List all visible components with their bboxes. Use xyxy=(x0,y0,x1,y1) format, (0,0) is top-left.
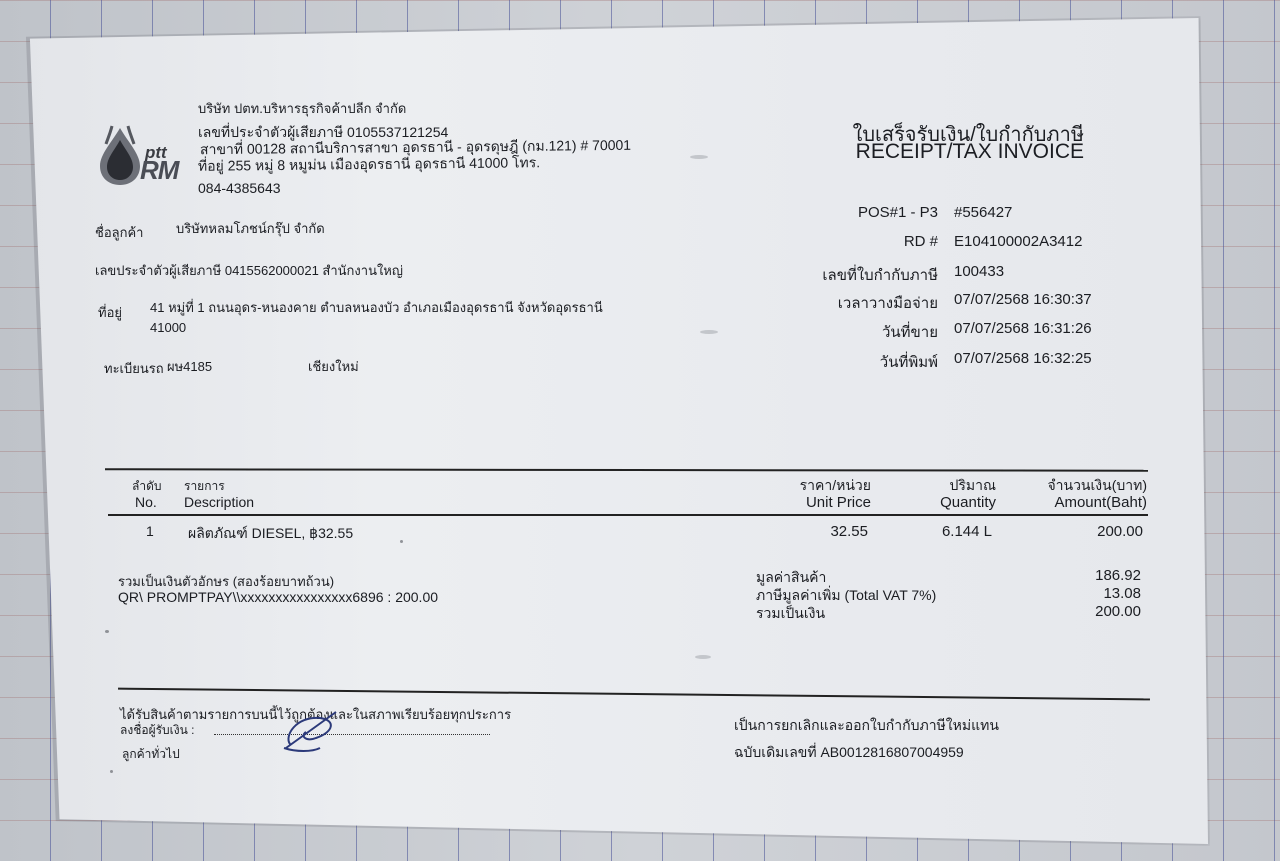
signature-scribble-icon xyxy=(276,708,342,754)
meta-value: 07/07/2568 16:30:37 xyxy=(954,291,1092,308)
original-invoice-number: ฉบับเดิมเลขที่ AB0012816807004959 xyxy=(734,742,964,764)
cell-description: ผลิตภัณฑ์ DIESEL, ฿32.55 xyxy=(188,523,353,545)
meta-label: เลขที่ใบกำกับภาษี xyxy=(758,263,938,287)
vehicle-province: เชียงใหม่ xyxy=(308,356,359,377)
speck xyxy=(690,155,708,159)
header-amount-en: Amount(Baht) xyxy=(1054,494,1147,511)
customer-type: ลูกค้าทั่วไป xyxy=(122,745,180,764)
meta-label: RD # xyxy=(758,233,938,250)
speck xyxy=(110,770,113,773)
ptt-flame-logo-icon xyxy=(98,124,142,186)
signature-label: ลงชื่อผู้รับเงิน : xyxy=(120,721,195,740)
total-value: 200.00 xyxy=(1095,603,1141,620)
table-header-rule xyxy=(108,514,1148,516)
meta-value: E104100002A3412 xyxy=(954,233,1082,250)
merchant-phone: 084-4385643 xyxy=(198,180,281,196)
cell-no: 1 xyxy=(146,523,154,539)
meta-value: 100433 xyxy=(954,263,1004,280)
header-description-en: Description xyxy=(184,494,254,510)
document-title-english: RECEIPT/TAX INVOICE xyxy=(856,140,1084,164)
cell-quantity: 6.144 L xyxy=(942,523,992,540)
total-label: รวมเป็นเงิน xyxy=(756,603,825,625)
company-name: บริษัท ปตท.บริหารธุรกิจค้าปลีก จำกัด xyxy=(198,98,406,119)
header-quantity-en: Quantity xyxy=(940,494,996,511)
speck xyxy=(400,540,403,543)
speck xyxy=(105,630,109,633)
cell-unit-price: 32.55 xyxy=(830,523,868,540)
merchant-address: ที่อยู่ 255 หมู่ 8 หมูม่น เมืองอุดรธานี … xyxy=(198,152,540,178)
speck xyxy=(700,330,718,334)
total-value: 186.92 xyxy=(1095,567,1141,584)
customer-name-label: ชื่อลูกค้า xyxy=(95,222,143,243)
customer-address-line2: 41000 xyxy=(150,320,186,335)
cell-amount: 200.00 xyxy=(1097,523,1143,540)
header-unit-price-en: Unit Price xyxy=(806,494,871,511)
speck xyxy=(695,655,711,659)
total-value: 13.08 xyxy=(1103,585,1141,602)
replacement-note: เป็นการยกเลิกและออกใบกำกับภาษีใหม่แทน xyxy=(734,715,999,737)
customer-address-line1: 41 หมู่ที่ 1 ถนนอุดร-หนองคาย ตำบลหนองบัว… xyxy=(150,297,603,318)
meta-value: 07/07/2568 16:31:26 xyxy=(954,320,1092,337)
customer-name: บริษัทหลมโภชน์กรุ๊ป จำกัด xyxy=(176,218,325,239)
meta-label: เวลาวางมือจ่าย xyxy=(758,291,938,315)
customer-tax-id: เลขประจำตัวผู้เสียภาษี 0415562000021 สำน… xyxy=(95,260,403,281)
meta-value: 07/07/2568 16:32:25 xyxy=(954,350,1092,367)
vehicle-plate: ผษ4185 xyxy=(167,356,212,377)
signature-line[interactable] xyxy=(214,734,490,735)
meta-label: POS#1 - P3 xyxy=(758,204,938,221)
customer-address-label: ที่อยู่ xyxy=(98,302,122,323)
logo-text-rm: RM xyxy=(140,155,178,186)
vehicle-plate-label: ทะเบียนรถ xyxy=(104,358,164,379)
meta-value: #556427 xyxy=(954,204,1012,221)
meta-label: วันที่ขาย xyxy=(758,320,938,344)
meta-label: วันที่พิมพ์ xyxy=(758,350,938,374)
payment-method: QR\ PROMPTPAY\\xxxxxxxxxxxxxxxx6896 : 20… xyxy=(118,589,438,605)
header-no-en: No. xyxy=(135,494,157,510)
